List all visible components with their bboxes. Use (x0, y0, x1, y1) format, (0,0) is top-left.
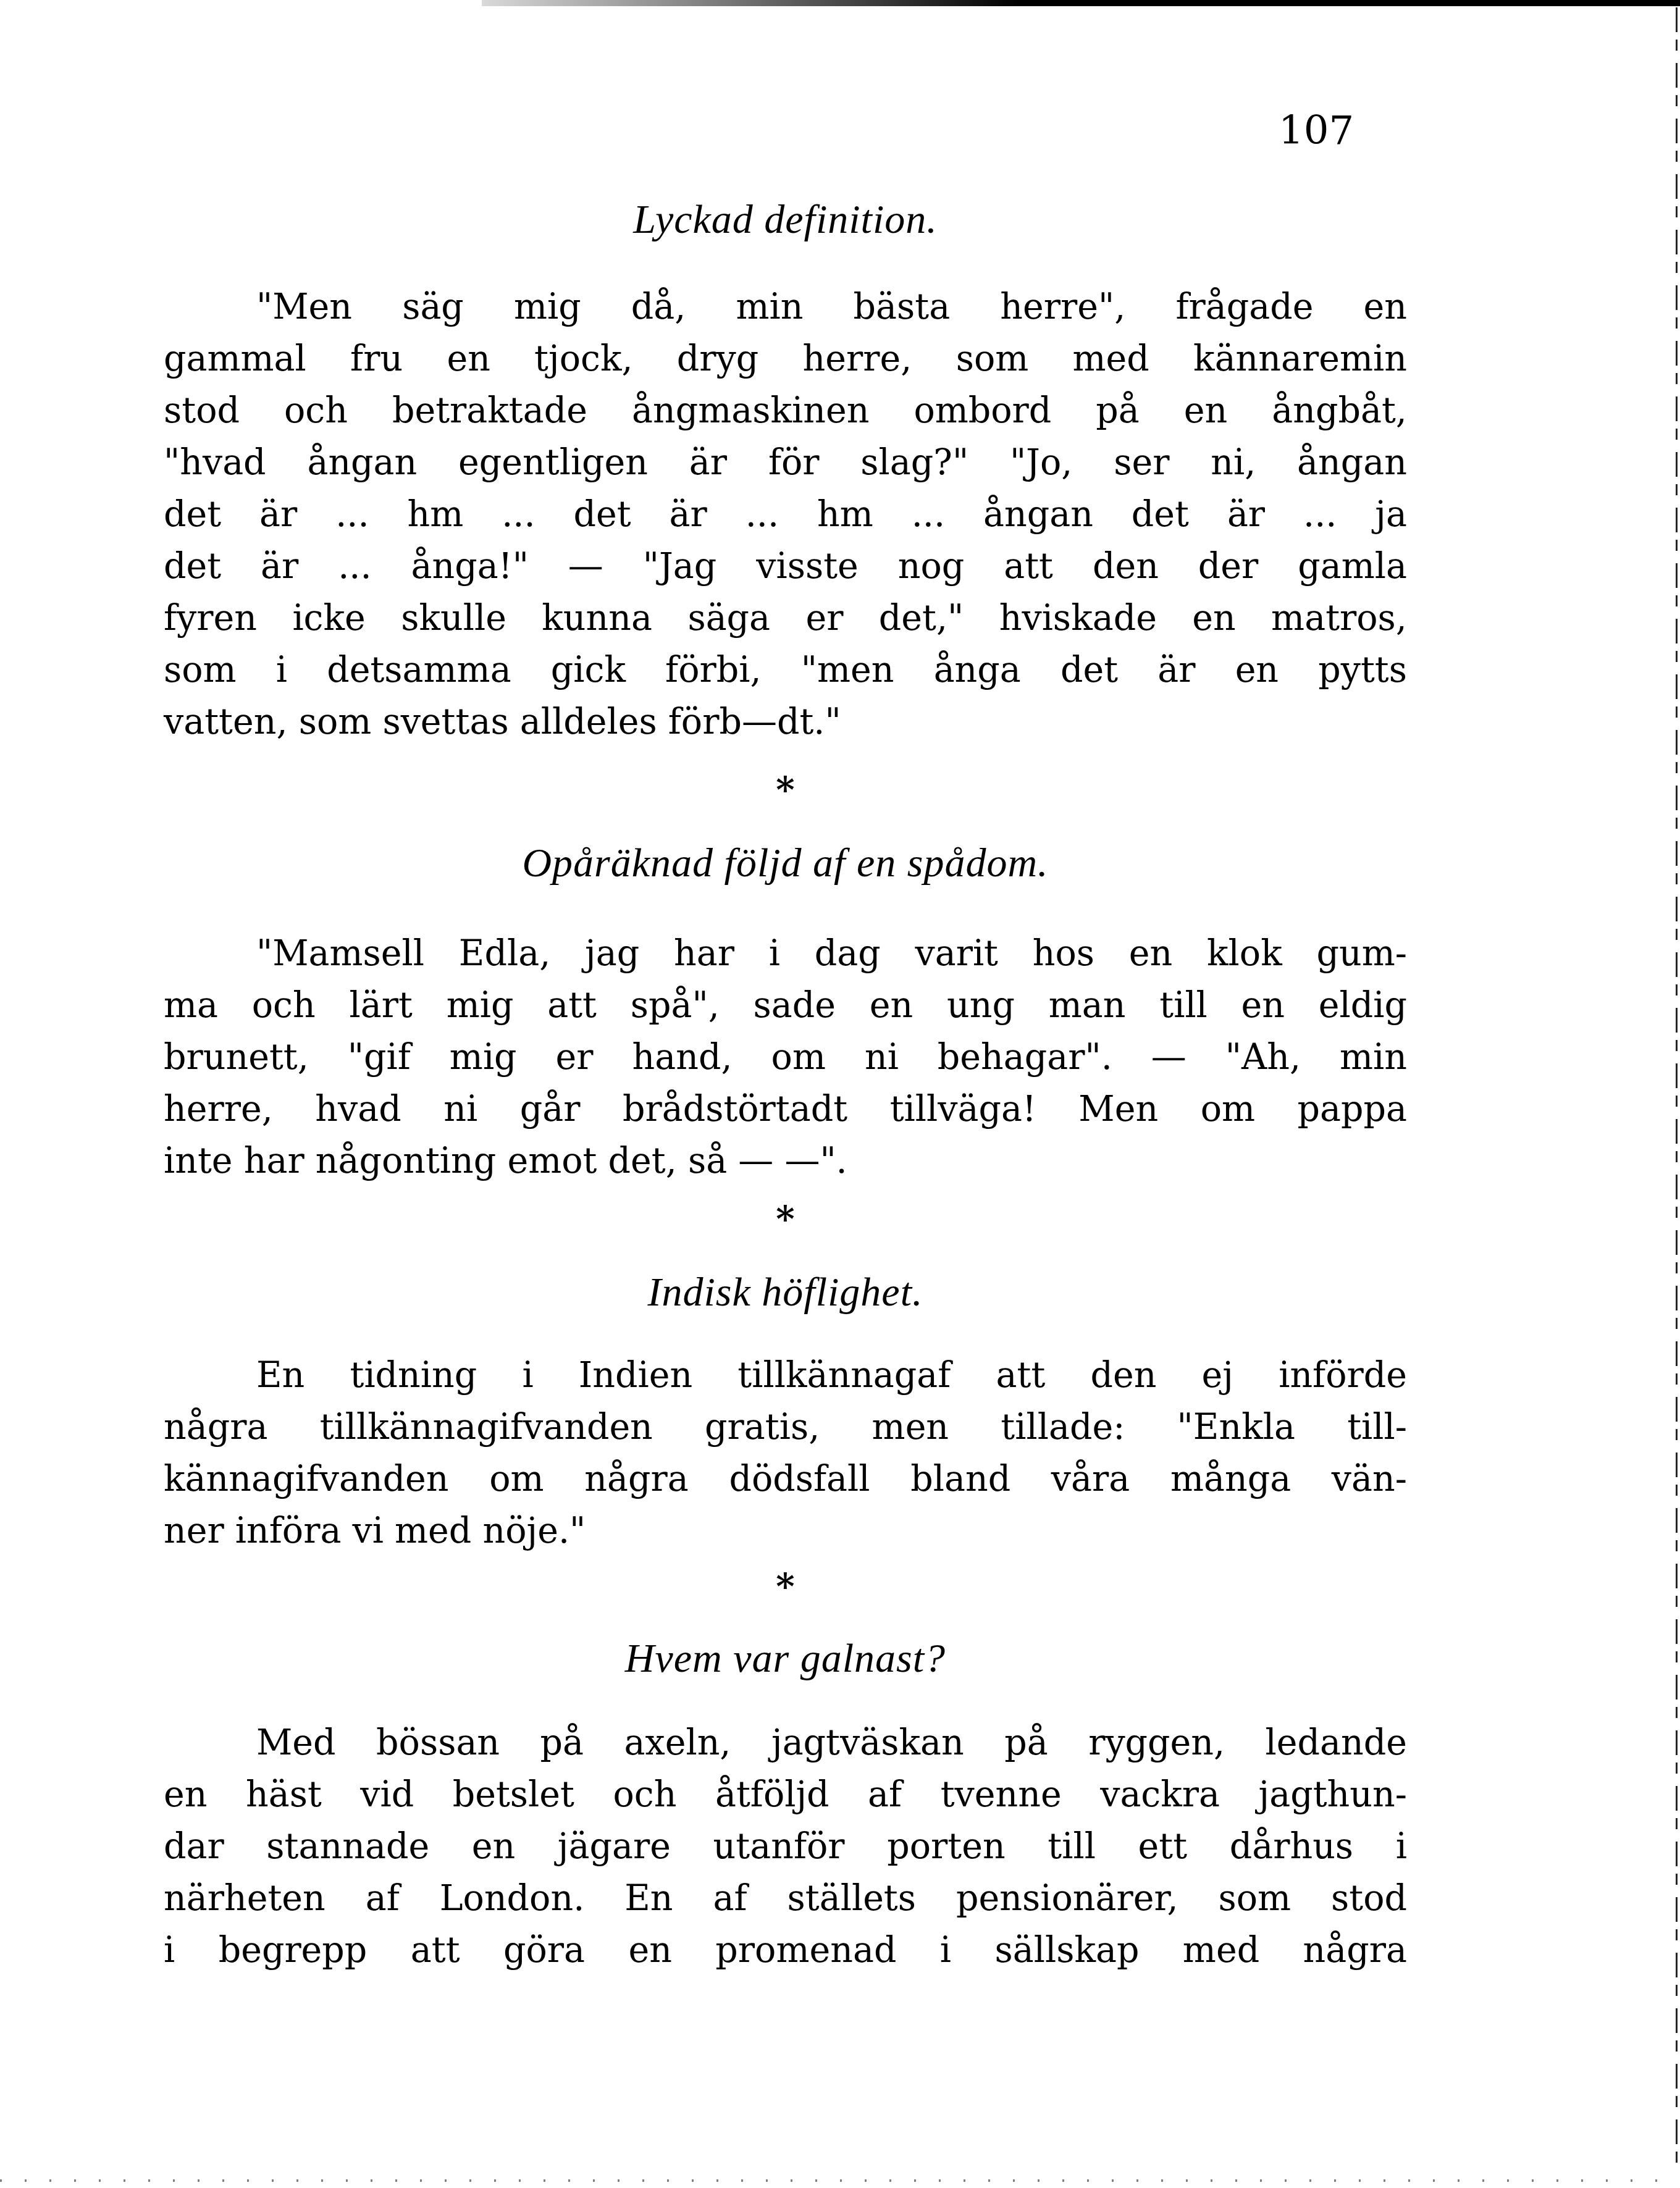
scan-bottom-edge (0, 2179, 1680, 2182)
scan-top-edge (482, 0, 1680, 6)
text-line: dar stannade en jägare utanför porten ti… (164, 1821, 1407, 1872)
section-heading: Indisk höflighet. (164, 1269, 1407, 1316)
text-line: herre, hvad ni går brådstörtadt tillväga… (164, 1083, 1407, 1135)
text-line: inte har någonting emot det, så — —". (164, 1135, 1407, 1187)
paragraph: "Men säg mig då, min bästa herre", fråga… (164, 281, 1407, 748)
text-line: fyren icke skulle kunna säga er det," hv… (164, 592, 1407, 644)
page-number: 107 (1279, 108, 1353, 154)
text-line: vatten, som svettas alldeles förb—dt." (164, 696, 1407, 748)
text-line: "Men säg mig då, min bästa herre", fråga… (164, 281, 1407, 333)
text-line: gammal fru en tjock, dryg herre, som med… (164, 333, 1407, 385)
section-separator-asterisk: * (164, 1198, 1407, 1240)
text-line: En tidning i Indien tillkännagaf att den… (164, 1349, 1407, 1401)
text-line: brunett, "gif mig er hand, om ni behagar… (164, 1031, 1407, 1083)
text-line: det är ... hm ... det är ... hm ... ånga… (164, 488, 1407, 540)
section-separator-asterisk: * (164, 769, 1407, 811)
paragraph: Med bössan på axeln, jagtväskan på rygge… (164, 1717, 1407, 1976)
scan-right-edge (1676, 7, 1678, 2169)
text-line: "hvad ångan egentligen är för slag?" "Jo… (164, 437, 1407, 488)
text-line: en häst vid betslet och åtföljd af tvenn… (164, 1769, 1407, 1821)
text-line: "Mamsell Edla, jag har i dag varit hos e… (164, 928, 1407, 979)
text-line: Med bössan på axeln, jagtväskan på rygge… (164, 1717, 1407, 1769)
text-line: i begrepp att göra en promenad i sällska… (164, 1924, 1407, 1976)
text-line: som i detsamma gick förbi, "men ånga det… (164, 644, 1407, 696)
text-line: ma och lärt mig att spå", sade en ung ma… (164, 979, 1407, 1031)
section-heading: Opåräknad följd af en spådom. (164, 840, 1407, 887)
text-line: närheten af London. En af ställets pensi… (164, 1872, 1407, 1924)
text-line: ner införa vi med nöje." (164, 1505, 1407, 1557)
text-line: det är ... ånga!" — "Jag visste nog att … (164, 540, 1407, 592)
text-line: några tillkännagifvanden gratis, men til… (164, 1401, 1407, 1453)
text-line: stod och betraktade ångmaskinen ombord p… (164, 385, 1407, 437)
section-separator-asterisk: * (164, 1566, 1407, 1607)
paragraph: En tidning i Indien tillkännagaf att den… (164, 1349, 1407, 1557)
section-heading: Lyckad definition. (164, 196, 1407, 243)
text-line: kännagifvanden om några dödsfall bland v… (164, 1453, 1407, 1505)
section-heading: Hvem var galnast? (164, 1635, 1407, 1682)
paragraph: "Mamsell Edla, jag har i dag varit hos e… (164, 928, 1407, 1187)
